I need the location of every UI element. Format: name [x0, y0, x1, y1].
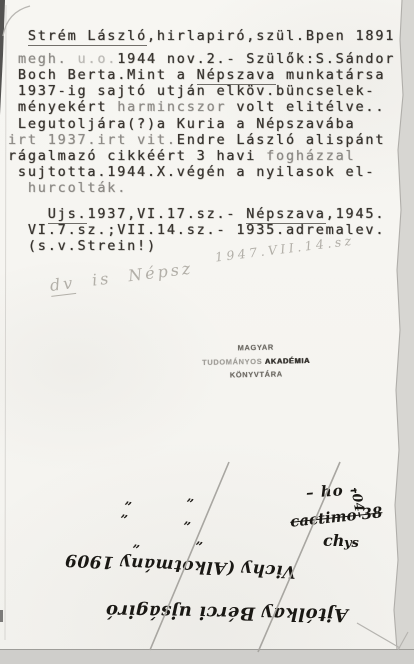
ditto-mark: ” — [185, 497, 194, 513]
typed-text-segment: ,1945. — [326, 206, 386, 222]
left-edge-shadow — [0, 0, 5, 115]
typed-text-segment: volt elitélve.. — [226, 99, 385, 115]
typed-line: ményekért harmincszor volt elitélve.. — [8, 99, 395, 115]
typed-text-segment: hurcolták. — [28, 180, 127, 196]
scanned-catalog-card: Strém László,hirlapiró,szül.Bpen 1891 me… — [0, 0, 414, 664]
typed-text-segment: vit. — [137, 132, 177, 148]
ditto-mark: ” — [194, 540, 203, 556]
stamp-line: MAGYAR — [196, 340, 316, 356]
typed-line: hurcolták. — [8, 180, 395, 196]
stamp-line: KÖNYVTÁRA — [196, 367, 316, 383]
typed-text-segment — [8, 51, 18, 67]
typed-text-segment: rágalmazó cikkéért 3 havi — [8, 148, 266, 164]
typed-text-segment: Népszava — [246, 206, 325, 224]
handwritten-note: ys — [344, 536, 359, 551]
typed-line: Boch Berta.Mint a Népszava munkatársa — [8, 67, 395, 83]
pencil-word: dv — [49, 273, 77, 297]
pencil-word: Népsz — [127, 259, 194, 286]
typed-text-segment: (s.v.Strein!) — [8, 238, 157, 254]
left-edge-line — [5, 5, 6, 640]
typed-text-segment — [8, 28, 28, 44]
typed-text-segment: 1937-ig sajtó utján elköv.büncselek- — [8, 83, 375, 99]
typed-text-segment: harmincszor — [117, 99, 226, 115]
typed-text-segment: Strém László — [28, 28, 147, 46]
typed-text-segment: sujtotta.1944.X.végén a nyilasok el- — [8, 164, 375, 180]
typed-text-segment: munkatársa — [276, 67, 385, 83]
scan-bottom-strip — [0, 650, 414, 664]
typed-text-segment: Boch Berta.Mint a — [8, 67, 197, 83]
typed-text-segment: 1944 nov.2.- Szülők:S.Sándor — [117, 51, 395, 67]
typed-line: Legutoljára(?)a Kuria a Népszavába — [8, 116, 395, 132]
handwritten-note-crossed-out: cactimo 38 — [289, 503, 383, 531]
typed-text-segment: Legutoljára(?)a Kuria a Népszavába — [8, 116, 355, 132]
corner-crease — [357, 623, 400, 648]
typed-line: 1937-ig sajtó utján elköv.büncselek- — [8, 83, 395, 99]
typed-text-segment: u.o. — [78, 51, 118, 67]
typed-text-segment: Ujs. — [48, 206, 88, 224]
typed-headline-block: Strém László,hirlapiró,szül.Bpen 1891 — [8, 28, 395, 45]
typed-text-segment: irt 1937.irt — [8, 132, 137, 148]
typed-line: sujtotta.1944.X.végén a nyilasok el- — [8, 164, 395, 180]
typed-text-segment — [8, 206, 48, 222]
handwritten-name-upside-down: Ajtólkay Bérci ujságiró — [90, 600, 348, 625]
left-edge-speck — [0, 610, 3, 622]
torn-right-edge-line — [394, 0, 403, 650]
typed-text-segment: fogházzal — [266, 148, 355, 164]
typed-text-segment: Endre László alispánt — [177, 132, 385, 148]
typed-line: Ujs.1937,VI.17.sz.- Népszava,1945. — [8, 206, 385, 222]
typed-text-segment: ,hirlapiró,szül.Bpen 1891 — [147, 28, 395, 44]
library-stamp: MAGYAR TUDOMÁNYOS AKADÉMIA KÖNYVTÁRA — [196, 340, 317, 383]
stamp-word: TUDOMÁNYOS — [202, 356, 265, 366]
handwritten-name-upside-down: Vichy (Alkotmány 1909 — [84, 550, 297, 581]
typed-body-block: megh. u.o.1944 nov.2.- Szülők:S.Sándor B… — [8, 51, 395, 196]
torn-right-edge — [394, 0, 414, 650]
pencil-word: is — [91, 269, 112, 290]
typed-line: Strém László,hirlapiró,szül.Bpen 1891 — [8, 28, 395, 45]
ditto-mark: ” — [182, 520, 191, 536]
handwritten-note: ch — [323, 531, 344, 550]
typed-text-segment — [8, 180, 28, 196]
typed-text-segment: ményekért — [8, 99, 117, 115]
typed-text-segment: 1937,VI.17.sz.- — [87, 206, 246, 222]
typed-line: megh. u.o.1944 nov.2.- Szülők:S.Sándor — [8, 51, 395, 67]
corner-crease — [398, 632, 408, 650]
typed-text-segment: megh. — [18, 51, 78, 67]
ditto-mark: ” — [119, 513, 128, 529]
stamp-word: AKADÉMIA — [265, 356, 310, 366]
typed-line: irt 1937.irt vit.Endre László alispánt — [8, 132, 395, 148]
typed-line: rágalmazó cikkéért 3 havi fogházzal — [8, 148, 395, 164]
